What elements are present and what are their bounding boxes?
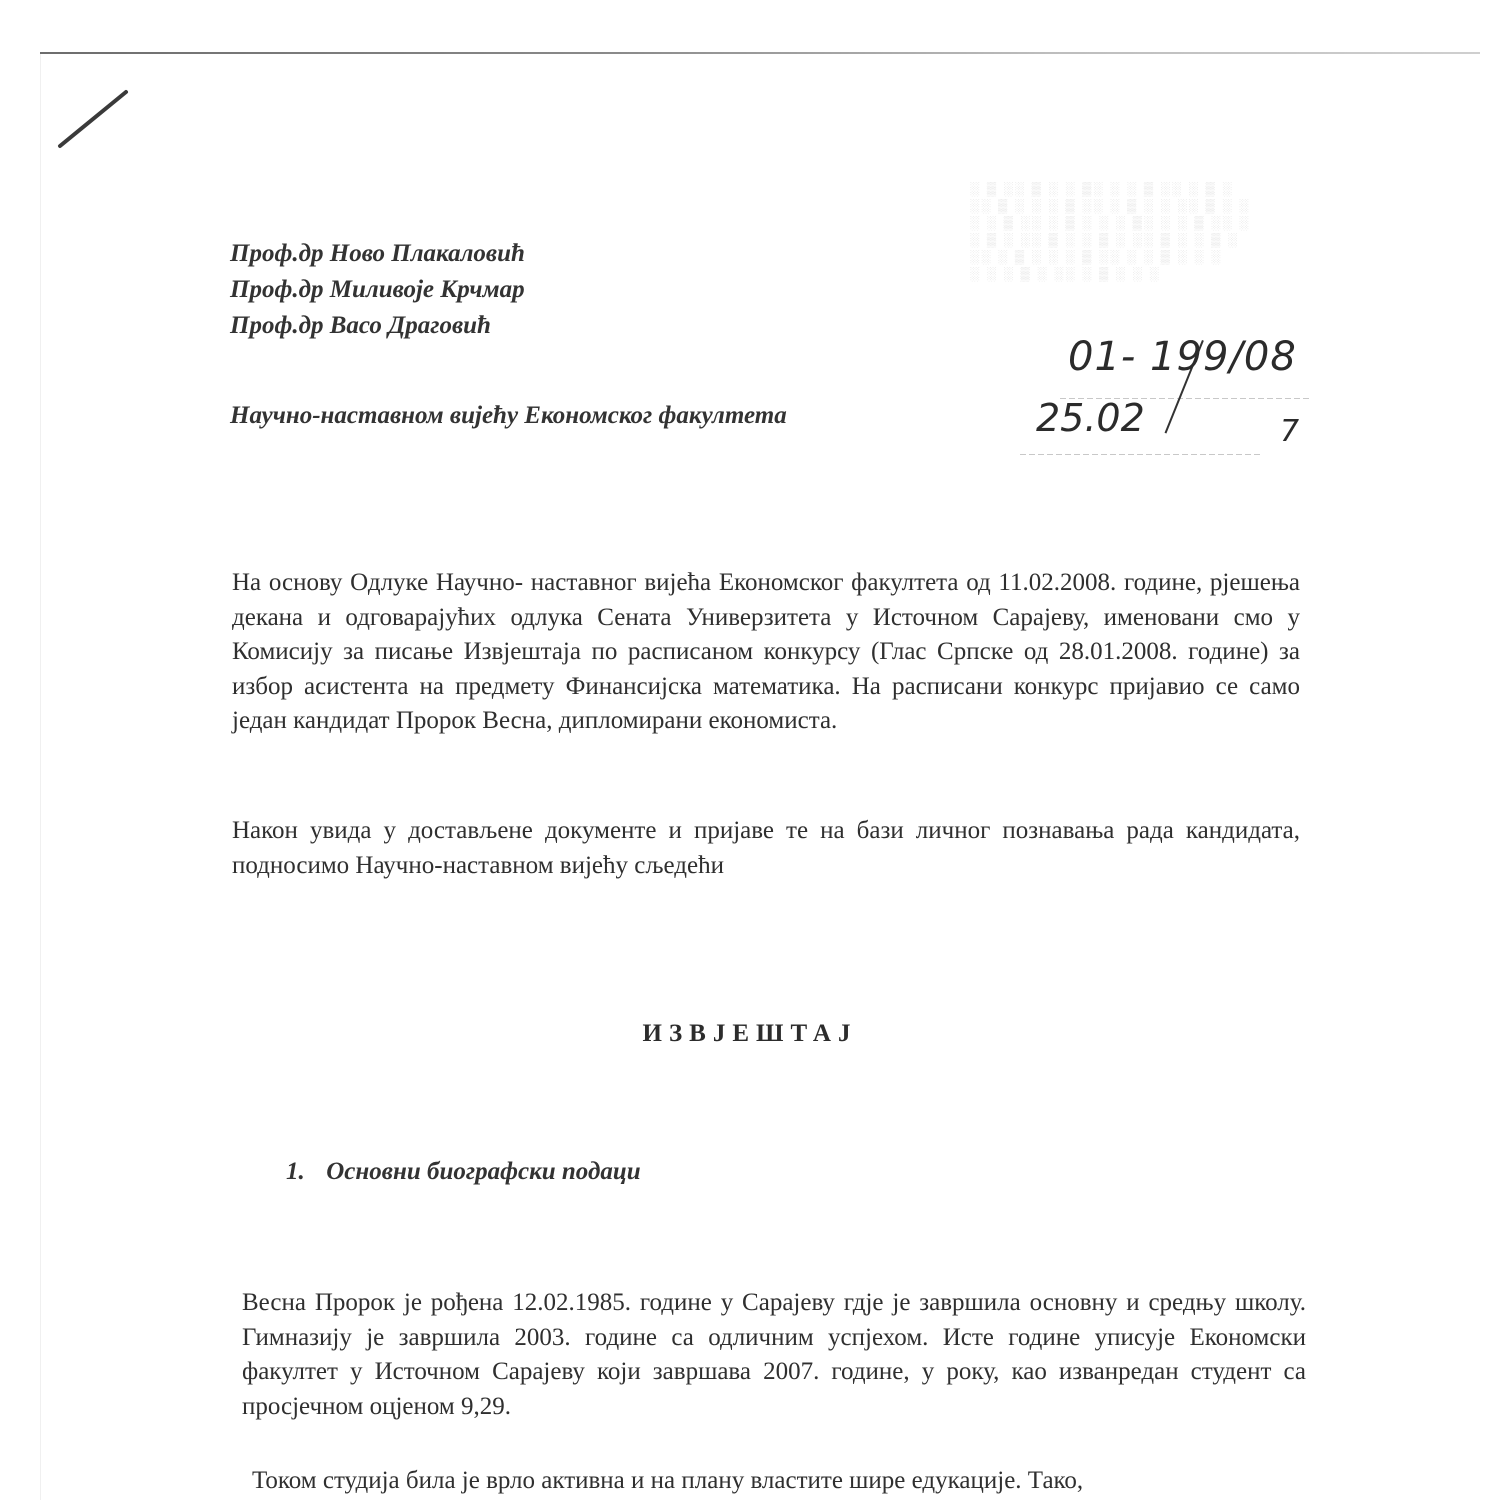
handwritten-initial: 7 [1280, 414, 1299, 449]
registry-stamp: ░ ▒ ░░ ▒ ░ ░ ▒░ ░ ░ ▒ ░░ ░ ▒ ░ ░░ ▒ ░ ░ … [950, 170, 1370, 460]
author-name: Проф.др Миливоје Крчмар [230, 272, 525, 308]
section-number: 1. [286, 1158, 320, 1186]
section-title: Основни биографски подаци [326, 1158, 640, 1185]
second-paragraph: Након увида у достављене документе и при… [232, 814, 1300, 883]
report-title: ИЗВЈЕШТАЈ [0, 1020, 1500, 1048]
page-left-edge [40, 54, 41, 1500]
section-heading: 1. Основни биографски подаци [286, 1158, 641, 1186]
stamp-underline [1020, 454, 1260, 455]
addressee: Научно-наставном вијећу Економског факул… [230, 402, 787, 430]
bio-paragraph: Весна Пророк је рођена 12.02.1985. годин… [242, 1286, 1306, 1424]
author-name: Проф.др Васо Драговић [230, 308, 525, 344]
author-name: Проф.др Ново Плакаловић [230, 236, 525, 272]
handwritten-registry-number: 01- 199/08 [1068, 334, 1297, 380]
intro-paragraph: На основу Одлуке Научно- наставног вијећ… [232, 566, 1300, 739]
authors-block: Проф.др Ново Плакаловић Проф.др Миливоје… [230, 236, 525, 344]
handwritten-registry-date: 25.02 [1036, 396, 1145, 440]
pen-stroke-mark [56, 88, 132, 152]
continuation-paragraph: Током студија била је врло активна и на … [252, 1464, 1308, 1499]
faded-stamp-impression: ░ ▒ ░░ ▒ ░ ░ ▒░ ░ ░ ▒ ░░ ░ ▒ ░ ░░ ▒ ░ ░ … [970, 180, 1350, 330]
page-top-edge-line [40, 52, 1480, 54]
